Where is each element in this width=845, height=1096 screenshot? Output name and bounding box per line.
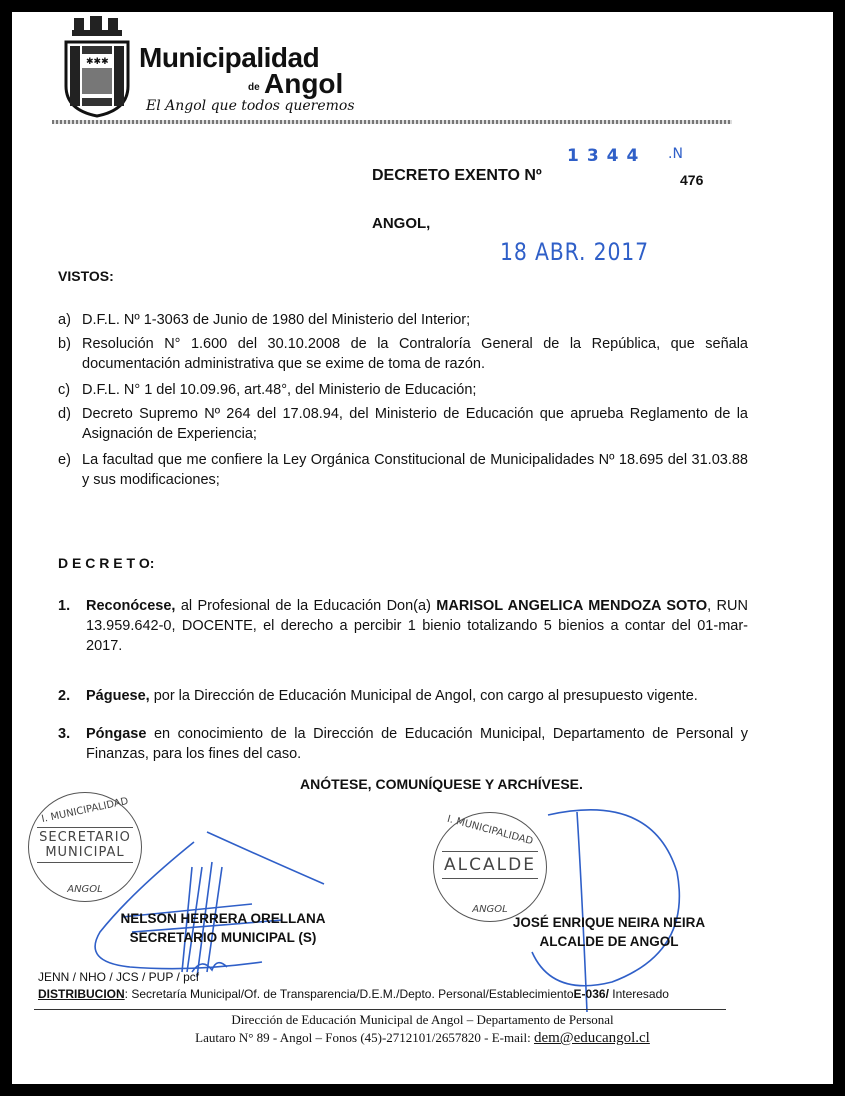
decreto-item-label: 2. [58,686,86,706]
brand-de: de [248,82,260,93]
decreto-item-lead: Reconócese, [86,598,175,614]
footer-divider [34,1009,726,1010]
vistos-item-text: D.F.L. N° 1 del 10.09.96, art.48°, del M… [82,380,748,400]
secretary-seal: I. MUNICIPALIDAD SECRETARIO MUNICIPAL AN… [28,792,142,902]
closing-formula: ANÓTESE, COMUNÍQUESE Y ARCHÍVESE. [300,776,583,792]
decreto-item-label: 1. [58,596,86,656]
seal-top-text: I. MUNICIPALIDAD [434,811,545,851]
vistos-item-text: La facultad que me confiere la Ley Orgán… [82,450,748,490]
decreto-item-label: 3. [58,724,86,764]
vistos-item: b) Resolución N° 1.600 del 30.10.2008 de… [58,334,748,374]
mayor-seal: I. MUNICIPALIDAD ALCALDE ANGOL [433,812,547,922]
svg-text:✱✱✱: ✱✱✱ [86,56,109,66]
decreto-item-text: Páguese, por la Dirección de Educación M… [86,686,748,706]
distribution-label: DISTRIBUCION [38,987,125,1001]
decree-typed-number: 476 [680,172,703,188]
vistos-item-text: D.F.L. Nº 1-3063 de Junio de 1980 del Mi… [82,310,748,330]
vistos-item: c) D.F.L. N° 1 del 10.09.96, art.48°, de… [58,380,748,400]
seal-top-text: I. MUNICIPALIDAD [29,793,141,827]
decreto-item: 1. Reconócese, al Profesional de la Educ… [58,596,748,656]
vistos-item: a) D.F.L. Nº 1-3063 de Junio de 1980 del… [58,310,748,330]
document-page: ✱✱✱ Municipalidad de Angol El Angol que … [12,12,833,1084]
decree-stamped-mark: .N [668,146,683,162]
decreto-item-text-a: al Profesional de la Educación Don(a) [175,598,436,614]
footer-email-link[interactable]: dem@educangol.cl [534,1030,650,1046]
mayor-role: ALCALDE DE ANGOL [504,932,714,951]
vistos-item-label: a) [58,310,82,330]
footer-line-1: Dirección de Educación Municipal de Ango… [12,1012,833,1028]
decree-stamped-number: 1344 [567,146,646,166]
decreto-item: 2. Páguese, por la Dirección de Educació… [58,686,748,706]
decreto-item-lead: Póngase [86,726,146,742]
decreto-item-text-a: por la Dirección de Educación Municipal … [150,688,698,704]
vistos-item-label: e) [58,450,82,490]
vistos-item: d) Decreto Supremo Nº 264 del 17.08.94, … [58,404,748,444]
decreto-item-lead: Páguese, [86,688,150,704]
seal-middle-line-1: SECRETARIO [37,830,133,845]
mayor-name: JOSÉ ENRIQUE NEIRA NEIRA [504,913,714,932]
vistos-heading: VISTOS: [58,268,114,284]
brand-slogan: El Angol que todos queremos [146,98,355,114]
distribution-code: E-036/ [574,987,609,1001]
author-initials: JENN / NHO / JCS / PUP / pcf [38,970,199,984]
secretary-role: SECRETARIO MUNICIPAL (S) [108,928,338,947]
footer-address: Lautaro N° 89 - Angol – Fonos (45)-27121… [195,1030,534,1045]
seal-middle: ALCALDE [442,851,538,879]
decreto-item-text: Póngase en conocimiento de la Dirección … [86,724,748,764]
coat-of-arms-icon: ✱✱✱ [62,16,132,118]
beneficiary-name: MARISOL ANGELICA MENDOZA SOTO [436,598,707,614]
distribution-tail: Interesado [609,987,669,1001]
decree-city: ANGOL, [372,215,430,232]
secretary-signature-block: NELSON HERRERA ORELLANA SECRETARIO MUNIC… [108,909,338,947]
decreto-item-text-a: en conocimiento de la Dirección de Educa… [86,726,748,762]
seal-bottom-text: ANGOL [29,884,141,895]
seal-middle-line-1: ALCALDE [442,855,538,875]
vistos-item-label: c) [58,380,82,400]
footer-line-2: Lautaro N° 89 - Angol – Fonos (45)-27121… [12,1030,833,1047]
seal-middle-line-2: MUNICIPAL [37,845,133,860]
distribution-text: : Secretaría Municipal/Of. de Transparen… [125,987,574,1001]
mayor-signature-block: JOSÉ ENRIQUE NEIRA NEIRA ALCALDE DE ANGO… [504,913,714,951]
header-divider [52,120,732,124]
vistos-item: e) La facultad que me confiere la Ley Or… [58,450,748,490]
seal-middle: SECRETARIO MUNICIPAL [37,827,133,863]
vistos-item-text: Resolución N° 1.600 del 30.10.2008 de la… [82,334,748,374]
decreto-item: 3. Póngase en conocimiento de la Direcci… [58,724,748,764]
distribution-line: DISTRIBUCION: Secretaría Municipal/Of. d… [38,987,669,1001]
decreto-item-text: Reconócese, al Profesional de la Educaci… [86,596,748,656]
vistos-item-label: d) [58,404,82,444]
decree-title: DECRETO EXENTO Nº [372,167,542,185]
brand-city: Angol [264,68,343,100]
vistos-item-label: b) [58,334,82,374]
date-stamp: 18 ABR. 2017 [500,238,649,266]
secretary-name: NELSON HERRERA ORELLANA [108,909,338,928]
vistos-item-text: Decreto Supremo Nº 264 del 17.08.94, del… [82,404,748,444]
decreto-heading: D E C R E T O: [58,555,154,571]
